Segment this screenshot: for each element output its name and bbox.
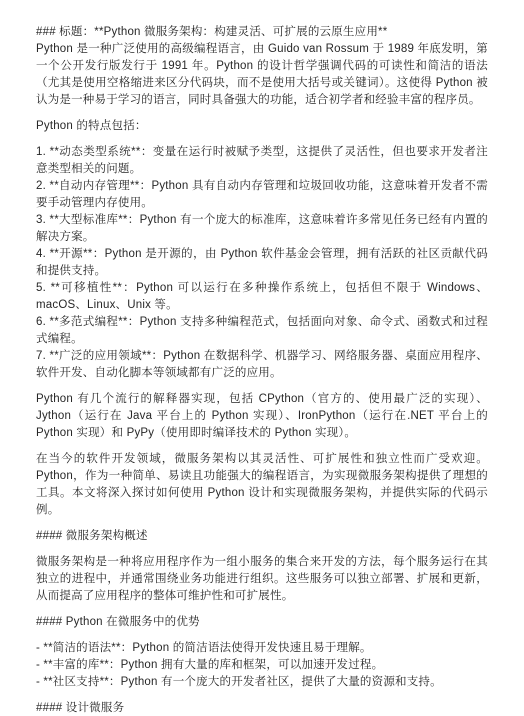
interpreters-paragraph: Python 有几个流行的解释器实现，包括 CPython（官方的、使用最广泛的… bbox=[36, 391, 488, 442]
feature-item-4: 4. **开源**：Python 是开源的，由 Python 软件基金会管理，拥… bbox=[36, 246, 488, 280]
overview-paragraph: 微服务架构是一种将应用程序作为一组小服务的集合来开发的方法，每个服务运行在其独立… bbox=[36, 554, 488, 605]
feature-item-7: 7. **广泛的应用领域**：Python 在数据科学、机器学习、网络服务器、桌… bbox=[36, 348, 488, 382]
document-page: ### 标题：**Python 微服务架构：构建灵活、可扩展的云原生应用** P… bbox=[0, 0, 524, 716]
features-lead: Python 的特点包括： bbox=[36, 118, 488, 135]
markdown-title-line: ### 标题：**Python 微服务架构：构建灵活、可扩展的云原生应用** bbox=[36, 24, 488, 41]
advantage-item-3: - **社区支持**：Python 有一个庞大的开发者社区，提供了大量的资源和支… bbox=[36, 674, 488, 691]
feature-item-6: 6. **多范式编程**：Python 支持多种编程范式，包括面向对象、命令式、… bbox=[36, 314, 488, 348]
feature-item-2: 2. **自动内存管理**：Python 具有自动内存管理和垃圾回收功能，这意味… bbox=[36, 178, 488, 212]
intro-paragraph: Python 是一种广泛使用的高级编程语言，由 Guido van Rossum… bbox=[36, 41, 488, 109]
section-heading-overview: #### 微服务架构概述 bbox=[36, 528, 488, 545]
section-heading-advantages: #### Python 在微服务中的优势 bbox=[36, 614, 488, 631]
microservices-context-paragraph: 在当今的软件开发领域，微服务架构以其灵活性、可扩展性和独立性而广受欢迎。Pyth… bbox=[36, 451, 488, 519]
feature-item-5: 5. **可移植性**：Python 可以运行在多种操作系统上，包括但不限于 W… bbox=[36, 280, 488, 314]
advantage-item-1: - **简洁的语法**：Python 的简洁语法使得开发快速且易于理解。 bbox=[36, 640, 488, 657]
section-heading-design: #### 设计微服务 bbox=[36, 700, 488, 716]
feature-item-1: 1. **动态类型系统**：变量在运行时被赋予类型，这提供了灵活性，但也要求开发… bbox=[36, 144, 488, 178]
advantage-item-2: - **丰富的库**：Python 拥有大量的库和框架，可以加速开发过程。 bbox=[36, 657, 488, 674]
feature-item-3: 3. **大型标准库**：Python 有一个庞大的标准库，这意味着许多常见任务… bbox=[36, 212, 488, 246]
